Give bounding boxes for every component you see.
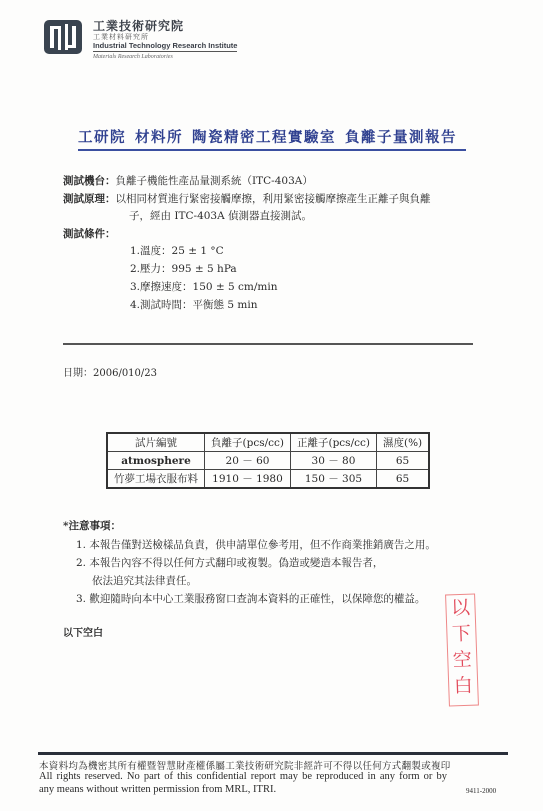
form-code: 9411-2000	[466, 787, 496, 795]
condition-item: 4.測試時間：平衡態 5 min	[130, 297, 257, 312]
footer-rights-line1: All rights reserved. No part of this con…	[39, 771, 447, 782]
column-header: 負離子(pcs/cc)	[205, 433, 291, 452]
note-item: 3. 歡迎隨時向本中心工業服務窗口查詢本資料的正確性，以保障您的權益。	[76, 591, 425, 606]
blank-stamp: 以 下 空 白	[445, 594, 479, 707]
column-header: 正離子(pcs/cc)	[290, 433, 376, 452]
date-value: 2006/010/23	[93, 368, 157, 379]
table-cell: 150 － 305	[290, 470, 376, 489]
table-cell: 65	[376, 452, 429, 470]
end-of-report-mark: 以下空白	[63, 624, 103, 639]
table-row: atmosphere 20 － 60 30 － 80 65	[107, 452, 429, 470]
column-header: 濕度(%)	[376, 433, 429, 452]
org-sub-en: Materials Research Laboratories	[93, 54, 173, 60]
date-label: 日期：	[63, 368, 93, 379]
table-cell: 30 － 80	[290, 452, 376, 470]
condition-item: 3.摩擦速度：150 ± 5 cm/min	[130, 279, 278, 294]
title-part: 陶瓷精密工程實驗室	[192, 129, 336, 146]
note-item: 1. 本報告僅對送檢樣品負責，供申請單位參考用，但不作商業推銷廣告之用。	[76, 537, 436, 552]
stamp-char: 以	[446, 595, 475, 622]
footer-rights-line2: any means without written permission fro…	[39, 784, 276, 795]
test-machine-value: 負離子機能性產品量測系統（ITC-403A）	[116, 175, 313, 187]
title-part: 工研院	[78, 129, 126, 146]
test-principle-line2: 子，經由 ITC-403A 偵測器直接測試。	[129, 208, 312, 223]
test-conditions-label: 測試條件：	[63, 226, 116, 241]
report-date: 日期：2006/010/23	[63, 364, 157, 379]
table-cell: 1910 － 1980	[205, 470, 291, 489]
table-cell: 20 － 60	[205, 452, 291, 470]
table-row: 竹夢工場衣服布料 1910 － 1980 150 － 305 65	[107, 470, 429, 489]
notes-title: *注意事項：	[63, 518, 121, 533]
condition-item: 1.溫度：25 ± 1 °C	[130, 243, 224, 258]
divider	[63, 343, 473, 345]
results-table: 試片編號 負離子(pcs/cc) 正離子(pcs/cc) 濕度(%) atmos…	[106, 432, 430, 489]
test-machine-label: 測試機台：	[63, 175, 116, 187]
stamp-char: 下	[447, 621, 476, 648]
test-machine: 測試機台：負離子機能性產品量測系統（ITC-403A）	[63, 173, 313, 188]
condition-item: 2.壓力：995 ± 5 hPa	[130, 261, 237, 276]
note-item: 依法追究其法律責任。	[92, 573, 197, 588]
itri-logo-icon	[44, 20, 82, 54]
stamp-char: 空	[448, 647, 477, 674]
test-principle-line1: 以相同材質進行緊密接觸摩擦，利用緊密接觸摩擦產生正離子與負離	[116, 193, 431, 205]
footer-confidential-cn: 本資料均為機密其所有權暨智慧財產權係屬工業技術研究院非經許可不得以任何方式翻製或…	[39, 758, 451, 772]
table-cell: 65	[376, 470, 429, 489]
table-header-row: 試片編號 負離子(pcs/cc) 正離子(pcs/cc) 濕度(%)	[107, 433, 429, 452]
table-cell: atmosphere	[107, 452, 205, 470]
test-principle-label: 測試原理：	[63, 193, 116, 205]
footer-divider	[38, 752, 508, 755]
stamp-char: 白	[449, 672, 478, 699]
table-cell: 竹夢工場衣服布料	[107, 470, 205, 489]
note-item: 2. 本報告內容不得以任何方式翻印或複製。偽造或變造本報告者，	[76, 555, 383, 570]
title-part: 材料所	[135, 129, 183, 146]
title-part: 負離子量測報告	[345, 129, 457, 146]
test-principle: 測試原理：以相同材質進行緊密接觸摩擦，利用緊密接觸摩擦產生正離子與負離	[63, 191, 431, 206]
report-title: 工研院材料所陶瓷精密工程實驗室負離子量測報告	[78, 126, 466, 151]
column-header: 試片編號	[107, 433, 205, 452]
org-name-en: Industrial Technology Research Institute	[93, 41, 237, 52]
